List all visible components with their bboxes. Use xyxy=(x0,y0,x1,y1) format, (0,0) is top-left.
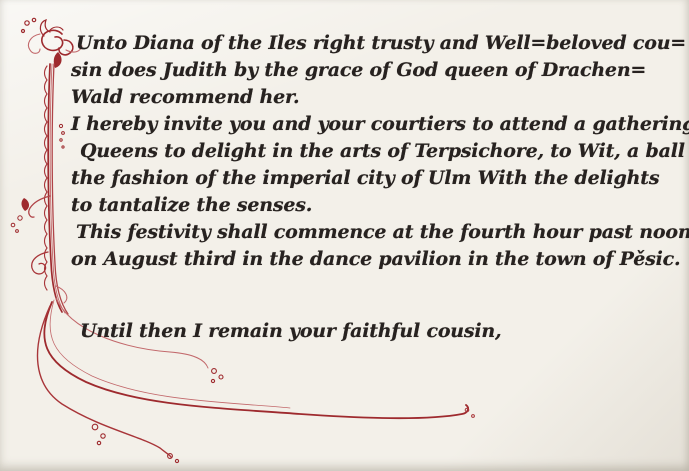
flourish-dot-cluster-c xyxy=(168,454,179,463)
letter-line: I hereby invite you and your courtiers t… xyxy=(71,111,683,138)
letter-text: Unto Diana of the Iles right trusty and … xyxy=(71,30,683,345)
parchment-page: Unto Diana of the Iles right trusty and … xyxy=(0,0,689,471)
letter-line: to tantalize the senses. xyxy=(71,192,683,219)
letter-line: Wald recommend her. xyxy=(71,84,683,111)
border-stem xyxy=(45,64,69,314)
flourish-dot-cluster-b xyxy=(92,424,105,444)
letter-line: This festivity shall commence at the fou… xyxy=(76,219,683,246)
border-mid-branch xyxy=(11,196,50,232)
letter-line: sin does Judith by the grace of God quee… xyxy=(71,57,683,84)
stem-dot-cluster-right xyxy=(59,124,64,148)
letter-line: Unto Diana of the Iles right trusty and … xyxy=(76,30,683,57)
letter-closing-line: Until then I remain your faithful cousin… xyxy=(80,318,683,345)
letter-line: on August third in the dance pavilion in… xyxy=(71,246,683,273)
letter-line: Queens to delight in the arts of Terpsic… xyxy=(80,138,683,165)
flourish-dot-cluster-a xyxy=(211,369,223,383)
top-dot-cluster xyxy=(22,18,36,32)
letter-line: the fashion of the imperial city of Ulm … xyxy=(71,165,683,192)
border-lower-curl xyxy=(32,252,67,303)
flourish-dot-cluster-d xyxy=(465,408,474,417)
